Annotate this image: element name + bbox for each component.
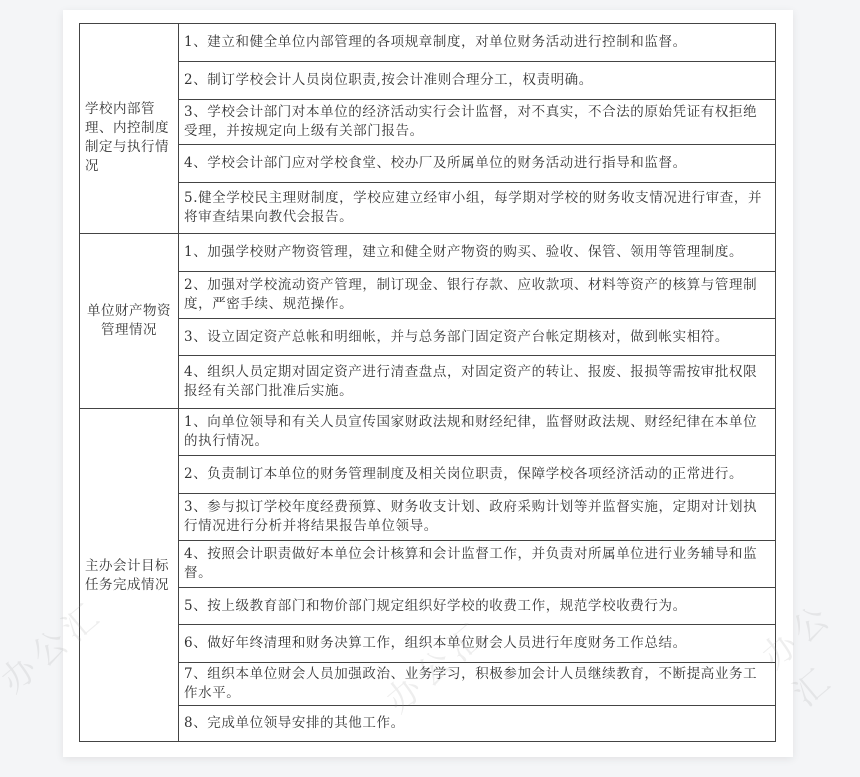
item-cell: 3、学校会计部门对本单位的经济活动实行会计监督，对不真实，不合法的原始凭证有权拒… — [179, 100, 776, 145]
table-row: 3、学校会计部门对本单位的经济活动实行会计监督，对不真实，不合法的原始凭证有权拒… — [80, 100, 776, 145]
item-cell: 7、组织本单位财会人员加强政治、业务学习，积极参加会计人员继续教育，不断提高业务… — [179, 663, 776, 706]
item-cell: 3、设立固定资产总帐和明细帐，并与总务部门固定资产台帐定期核对，做到帐实相符。 — [179, 319, 776, 356]
item-cell: 3、参与拟订学校年度经费预算、财务收支计划、政府采购计划等并监督实施，定期对计划… — [179, 494, 776, 541]
item-cell: 4、组织人员定期对固定资产进行清查盘点，对固定资产的转让、报废、报损等需按审批权… — [179, 356, 776, 409]
item-cell: 1、向单位领导和有关人员宣传国家财政法规和财经纪律，监督财政法规、财经纪律在本单… — [179, 409, 776, 456]
table-row: 5、按上级教育部门和物价部门规定组织好学校的收费工作，规范学校收费行为。 — [80, 588, 776, 625]
category-cell: 单位财产物资管理情况 — [80, 234, 179, 409]
table-row: 2、加强对学校流动资产管理，制订现金、银行存款、应收款项、材料等资产的核算与管理… — [80, 272, 776, 319]
category-cell: 学校内部管理、内控制度制定与执行情况 — [80, 24, 179, 234]
table-row: 5.健全学校民主理财制度，学校应建立经审小组，每学期对学校的财务收支情况进行审查… — [80, 183, 776, 234]
table-row: 学校内部管理、内控制度制定与执行情况 1、建立和健全单位内部管理的各项规章制度，… — [80, 24, 776, 62]
table-row: 4、按照会计职责做好本单位会计核算和会计监督工作，并负责对所属单位进行业务辅导和… — [80, 541, 776, 588]
item-cell: 2、制订学校会计人员岗位职责,按会计准则合理分工，权责明确。 — [179, 62, 776, 100]
table-row: 单位财产物资管理情况 1、加强学校财产物资管理，建立和健全财产物资的购买、验收、… — [80, 234, 776, 272]
table-row: 8、完成单位领导安排的其他工作。 — [80, 706, 776, 742]
item-cell: 6、做好年终清理和财务决算工作，组织本单位财会人员进行年度财务工作总结。 — [179, 625, 776, 663]
item-cell: 2、加强对学校流动资产管理，制订现金、银行存款、应收款项、材料等资产的核算与管理… — [179, 272, 776, 319]
table-row: 2、制订学校会计人员岗位职责,按会计准则合理分工，权责明确。 — [80, 62, 776, 100]
table-row: 3、设立固定资产总帐和明细帐，并与总务部门固定资产台帐定期核对，做到帐实相符。 — [80, 319, 776, 356]
category-cell: 主办会计目标任务完成情况 — [80, 409, 179, 742]
table-row: 4、组织人员定期对固定资产进行清查盘点，对固定资产的转让、报废、报损等需按审批权… — [80, 356, 776, 409]
item-cell: 5.健全学校民主理财制度，学校应建立经审小组，每学期对学校的财务收支情况进行审查… — [179, 183, 776, 234]
item-cell: 8、完成单位领导安排的其他工作。 — [179, 706, 776, 742]
table-row: 7、组织本单位财会人员加强政治、业务学习，积极参加会计人员继续教育，不断提高业务… — [80, 663, 776, 706]
item-cell: 5、按上级教育部门和物价部门规定组织好学校的收费工作，规范学校收费行为。 — [179, 588, 776, 625]
item-cell: 2、负责制订本单位的财务管理制度及相关岗位职责，保障学校各项经济活动的正常进行。 — [179, 456, 776, 494]
item-cell: 1、建立和健全单位内部管理的各项规章制度，对单位财务活动进行控制和监督。 — [179, 24, 776, 62]
document-page: 学校内部管理、内控制度制定与执行情况 1、建立和健全单位内部管理的各项规章制度，… — [63, 10, 793, 757]
item-cell: 4、学校会计部门应对学校食堂、校办厂及所属单位的财务活动进行指导和监督。 — [179, 145, 776, 183]
item-cell: 4、按照会计职责做好本单位会计核算和会计监督工作，并负责对所属单位进行业务辅导和… — [179, 541, 776, 588]
duty-table: 学校内部管理、内控制度制定与执行情况 1、建立和健全单位内部管理的各项规章制度，… — [79, 23, 776, 742]
table-row: 2、负责制订本单位的财务管理制度及相关岗位职责，保障学校各项经济活动的正常进行。 — [80, 456, 776, 494]
table-row: 4、学校会计部门应对学校食堂、校办厂及所属单位的财务活动进行指导和监督。 — [80, 145, 776, 183]
table-row: 主办会计目标任务完成情况 1、向单位领导和有关人员宣传国家财政法规和财经纪律，监… — [80, 409, 776, 456]
table-row: 3、参与拟订学校年度经费预算、财务收支计划、政府采购计划等并监督实施，定期对计划… — [80, 494, 776, 541]
table-row: 6、做好年终清理和财务决算工作，组织本单位财会人员进行年度财务工作总结。 — [80, 625, 776, 663]
item-cell: 1、加强学校财产物资管理，建立和健全财产物资的购买、验收、保管、领用等管理制度。 — [179, 234, 776, 272]
